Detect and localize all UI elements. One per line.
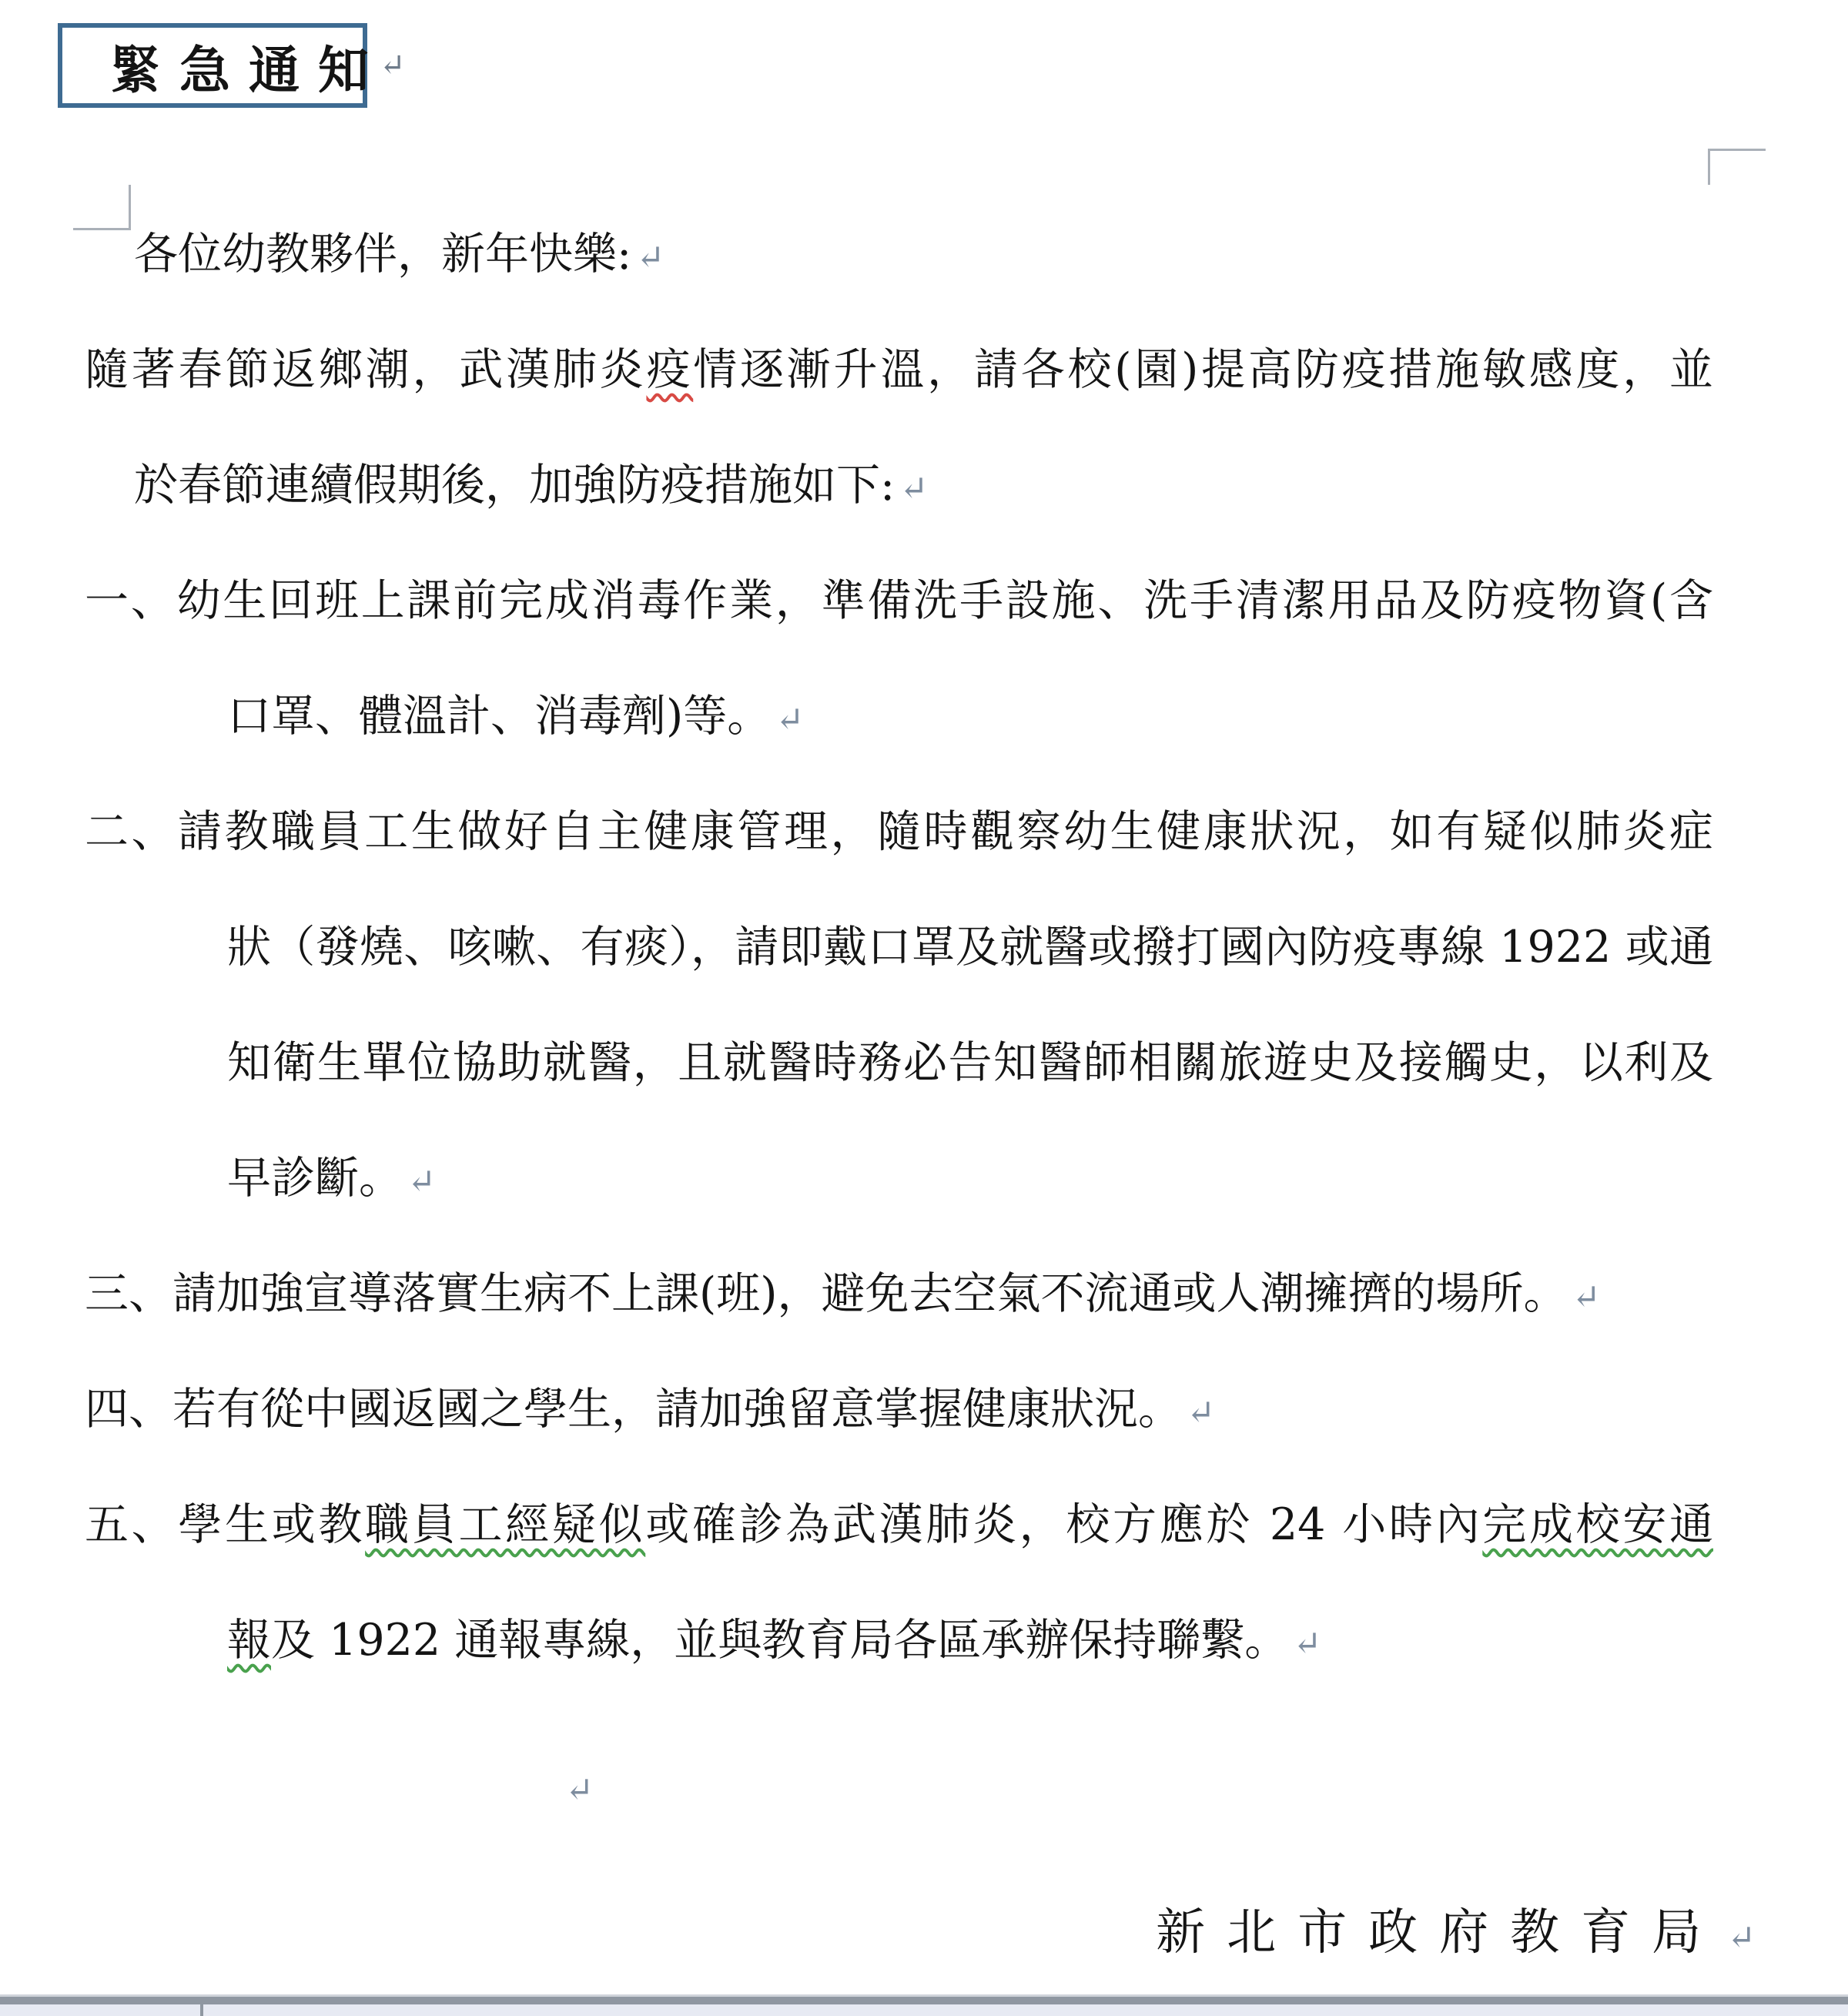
title-box: 緊急通知↵	[58, 23, 367, 108]
document-body: 各位幼教夥伴，新年快樂:↵ 隨著春節返鄉潮，武漢肺炎疫情逐漸升溫，請各校(園)提…	[0, 196, 1848, 1991]
pilcrow-icon: ↵	[1187, 1393, 1215, 1432]
pilcrow-icon: ↵	[565, 1770, 594, 1810]
item-text: 狀（發燒、咳嗽、有痰），請即戴口罩及就醫或撥打國內防疫專線 1922 或通	[227, 922, 1713, 973]
item-1-line-2: 口罩、體溫計、消毒劑)等。↵	[0, 658, 1848, 774]
item-text: 四、若有從中國返國之學生，請加強留意掌握健康狀況。	[85, 1384, 1182, 1435]
scrollbar-track[interactable]	[0, 2004, 1848, 2016]
pilcrow-icon: ↵	[899, 469, 928, 508]
intro-text: 於春節連續假期後，加強防疫措施如下:	[134, 460, 895, 511]
horizontal-scrollbar[interactable]	[0, 1994, 1848, 2016]
item-2-line-1: 二、請教職員工生做好自主健康管理，隨時觀察幼生健康狀況，如有疑似肺炎症	[0, 774, 1848, 889]
item-text: 或確診為武漢肺炎，校方應於 24 小時內	[645, 1499, 1482, 1550]
item-2-line-3: 知衛生單位協助就醫，且就醫時務必告知醫師相關旅遊史及接觸史，以利及	[0, 1005, 1848, 1120]
pilcrow-icon: ↵	[1727, 1918, 1756, 1957]
item-text: 及 1922 通報專線，並與教育局各區承辦保持聯繫。	[271, 1615, 1288, 1666]
signature-text: 新北市政府教育局	[1156, 1904, 1722, 1961]
grammar-error-text: 報	[227, 1615, 271, 1666]
item-2-line-2: 狀（發燒、咳嗽、有痰），請即戴口罩及就醫或撥打國內防疫專線 1922 或通	[0, 889, 1848, 1005]
document-title: 緊急通知	[62, 29, 387, 102]
scrollbar-band	[0, 1997, 1848, 2004]
item-4-line: 四、若有從中國返國之學生，請加強留意掌握健康狀況。↵	[0, 1351, 1848, 1467]
item-2-line-4: 早診斷。↵	[0, 1120, 1848, 1236]
empty-paragraph-line: ↵	[0, 1729, 1848, 1844]
intro-text: 隨著春節返鄉潮，武漢肺炎	[85, 344, 646, 395]
intro-line-1: 隨著春節返鄉潮，武漢肺炎疫情逐漸升溫，請各校(園)提高防疫措施敏感度，並	[0, 312, 1848, 427]
pilcrow-icon: ↵	[775, 700, 804, 739]
pilcrow-icon: ↵	[1572, 1278, 1600, 1317]
pilcrow-icon: ↵	[380, 48, 406, 83]
item-text: 早診斷。	[227, 1153, 403, 1204]
item-5-line-1: 五、學生或教職員工經疑似或確診為武漢肺炎，校方應於 24 小時內完成校安通	[0, 1467, 1848, 1582]
spell-error-text: 疫	[646, 344, 693, 395]
item-text: 三、請加強宣導落實生病不上課(班)，避免去空氣不流通或人潮擁擠的場所。	[85, 1268, 1567, 1319]
pilcrow-icon: ↵	[407, 1162, 436, 1201]
greeting-text: 各位幼教夥伴，新年快樂:	[134, 229, 631, 280]
intro-line-2: 於春節連續假期後，加強防疫措施如下:↵	[0, 427, 1848, 543]
margin-crop-mark-right	[1708, 149, 1766, 185]
item-text: 一、幼生回班上課前完成消毒作業，準備洗手設施、洗手清潔用品及防疫物資(含	[85, 575, 1713, 626]
item-3-line: 三、請加強宣導落實生病不上課(班)，避免去空氣不流通或人潮擁擠的場所。↵	[0, 1236, 1848, 1351]
item-text: 二、請教職員工生做好自主健康管理，隨時觀察幼生健康狀況，如有疑似肺炎症	[85, 806, 1713, 857]
scrollbar-divider	[200, 2004, 203, 2016]
pilcrow-icon: ↵	[1293, 1624, 1321, 1663]
grammar-error-text: 完成校安通	[1482, 1499, 1713, 1550]
item-5-line-2: 報及 1922 通報專線，並與教育局各區承辦保持聯繫。↵	[0, 1582, 1848, 1698]
item-text: 五、學生或教	[85, 1499, 365, 1550]
signature-line: 新北市政府教育局↵	[0, 1875, 1848, 1991]
item-text: 知衛生單位協助就醫，且就醫時務必告知醫師相關旅遊史及接觸史，以利及	[227, 1037, 1713, 1088]
grammar-error-text: 職員工經疑似	[365, 1499, 645, 1550]
item-text: 口罩、體溫計、消毒劑)等。	[227, 691, 771, 742]
intro-text: 情逐漸升溫，請各校(園)提高防疫措施敏感度，並	[693, 344, 1713, 395]
greeting-line: 各位幼教夥伴，新年快樂:↵	[0, 196, 1848, 312]
document-canvas[interactable]: 緊急通知↵ 各位幼教夥伴，新年快樂:↵ 隨著春節返鄉潮，武漢肺炎疫情逐漸升溫，請…	[0, 0, 1848, 2016]
item-1-line-1: 一、幼生回班上課前完成消毒作業，準備洗手設施、洗手清潔用品及防疫物資(含	[0, 543, 1848, 658]
pilcrow-icon: ↵	[636, 238, 665, 277]
